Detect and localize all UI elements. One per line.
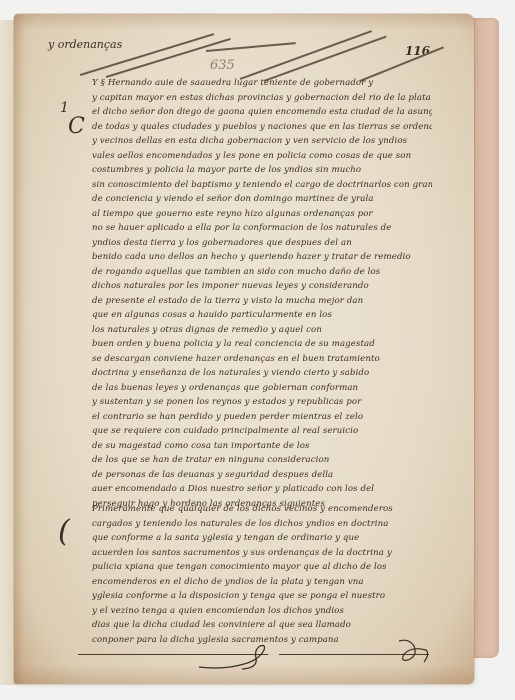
text-line: y capitan mayor en estas dichas provinci…	[92, 91, 432, 106]
text-line: al tiempo que gouerno este reyno hizo al…	[92, 207, 432, 222]
margin-mark: C	[68, 114, 85, 139]
text-line: dichos naturales por les imponer nuevas …	[92, 279, 432, 294]
text-line: buen orden y buena policia y la real con…	[92, 337, 432, 352]
text-line: auer encomendado a Dios nuestro señor y …	[92, 482, 432, 497]
pencil-archive-number: 635	[210, 58, 235, 73]
text-line: encomenderos en el dicho de yndios de la…	[92, 575, 432, 590]
manuscript-page: y ordenanças 635 116 1 C ( Y § Hernando …	[14, 14, 474, 684]
text-line: benido cada uno dellos an hecho y querie…	[92, 250, 432, 265]
text-line: que conforme a la santa yglesia y tengan…	[92, 531, 432, 546]
text-line: de presente el estado de la tierra y vis…	[92, 294, 432, 309]
text-line: acuerden los santos sacramentos y sus or…	[92, 546, 432, 561]
text-line: dias que la dicha ciudad les conviniere …	[92, 618, 432, 633]
text-line: de rogando aquellas que tambien an sido …	[92, 265, 432, 280]
strike-line	[206, 42, 296, 51]
text-line: yglesia conforme a la disposicion y teng…	[92, 589, 432, 604]
rubric-flourish	[194, 642, 284, 672]
text-line: se descargan conviene hazer ordenanças e…	[92, 352, 432, 367]
text-line: y sustentan y se ponen los reynos y esta…	[92, 395, 432, 410]
text-line: de su magestad como cosa tan importante …	[92, 439, 432, 454]
text-line: de las buenas leyes y ordenanças que gob…	[92, 381, 432, 396]
text-line: que en algunas cosas a hauido particular…	[92, 308, 432, 323]
text-line: de conciencia y viendo el señor don domi…	[92, 192, 432, 207]
text-line: costumbres y policia la mayor parte de l…	[92, 163, 432, 178]
text-line: y el vezino tenga a quien encomiendan lo…	[92, 604, 432, 619]
paragraph-2: Primeramente que qualquier de los dichos…	[92, 502, 432, 647]
text-line: Primeramente que qualquier de los dichos…	[92, 502, 432, 517]
text-line: vales aellos encomendados y les pone en …	[92, 149, 432, 164]
catchword: y ordenanças	[48, 38, 122, 51]
text-line: sin conoscimiento del baptismo y teniend…	[92, 178, 432, 193]
text-line: de todas y quales ciudades y pueblos y n…	[92, 120, 432, 135]
text-line: el contrario se han perdido y pueden per…	[92, 410, 432, 425]
text-line: de personas de las deuanas y seguridad d…	[92, 468, 432, 483]
text-line: pulicia xpiana que tengan conocimiento m…	[92, 560, 432, 575]
text-line: no se hauer aplicado a ella por la confo…	[92, 221, 432, 236]
text-line: el dicho señor don diego de gaona quien …	[92, 105, 432, 120]
text-line: yndios desta tierra y los gobernadores q…	[92, 236, 432, 251]
text-line: que se requiere con cuidado principalmen…	[92, 424, 432, 439]
text-line: y vecinos dellas en esta dicha gobernaci…	[92, 134, 432, 149]
text-line: doctrina y enseñanza de los naturales y …	[92, 366, 432, 381]
text-line: cargados y teniendo los naturales de los…	[92, 517, 432, 532]
text-line: de los que se han de tratar en ninguna c…	[92, 453, 432, 468]
text-line: los naturales y otras dignas de remedio …	[92, 323, 432, 338]
rubric-flourish	[394, 636, 434, 666]
margin-mark: (	[58, 514, 70, 549]
strike-line	[240, 30, 372, 79]
paragraph-1: Y § Hernando auie de saauedra lugar teni…	[92, 76, 432, 511]
text-line: Y § Hernando auie de saauedra lugar teni…	[92, 76, 432, 91]
